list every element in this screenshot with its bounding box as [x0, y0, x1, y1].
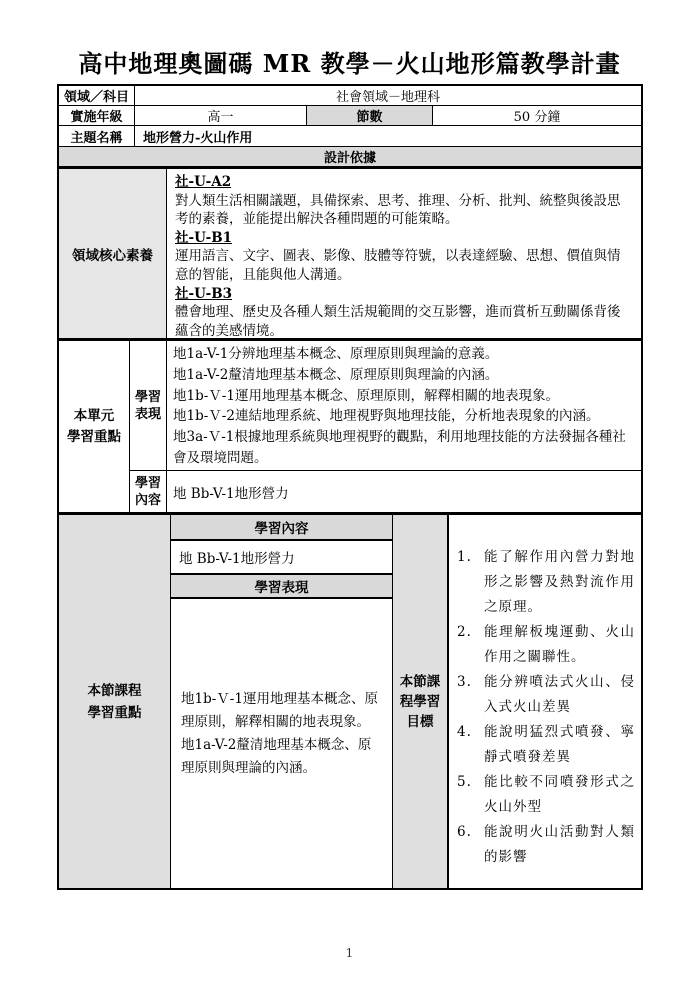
periods-value: 50 分鐘	[433, 106, 641, 125]
unit-focus-label-line2: 學習重點	[67, 427, 121, 448]
unit-performance-label: 學習 表現	[130, 341, 167, 470]
lesson-performance-header: 學習表現	[171, 573, 392, 599]
objective-number: 1.	[457, 545, 484, 620]
lesson-performance-line: 地1a-V-2釐清地理基本概念、原理原則與理論的內涵。	[181, 734, 382, 780]
unit-focus-label: 本單元 學習重點	[59, 341, 130, 512]
row-topic: 主題名稱 地形營力-火山作用	[59, 126, 641, 146]
unit-content-text: 地 Bb-V-1地形營力	[167, 471, 641, 512]
objective-number: 6.	[457, 820, 484, 870]
objective-item: 2. 能理解板塊運動、火山作用之關聯性。	[457, 620, 635, 670]
objective-text: 能說明猛烈式噴發、寧靜式噴發差異	[484, 720, 635, 770]
performance-line: 地1a-V-2釐清地理基本概念、原理原則與理論的內涵。	[173, 365, 635, 386]
unit-content-row: 學習 內容 地 Bb-V-1地形營力	[130, 471, 641, 512]
objective-number: 3.	[457, 670, 484, 720]
lesson-objectives-label-line1: 本節課	[400, 672, 441, 692]
objective-number: 5.	[457, 770, 484, 820]
core-competency-label: 領域核心素養	[59, 169, 167, 338]
row-domain-subject: 領域／科目 社會領域－地理科	[59, 86, 641, 106]
objective-number: 2.	[457, 620, 484, 670]
unit-focus-section: 本單元 學習重點 學習 表現 地1a-V-1分辨地理基本概念、原理原則與理論的意…	[59, 338, 641, 512]
objective-item: 4. 能說明猛烈式噴發、寧靜式噴發差異	[457, 720, 635, 770]
lesson-focus-section: 本節課程 學習重點 學習內容 地 Bb-V-1地形營力 學習表現 地1b-Ｖ-1…	[59, 512, 641, 888]
design-basis-header: 設計依據	[59, 146, 641, 166]
objective-text: 能理解板塊運動、火山作用之關聯性。	[484, 620, 635, 670]
unit-focus-label-line1: 本單元	[74, 406, 115, 427]
topic-label: 主題名稱	[59, 126, 135, 146]
objective-number: 4.	[457, 720, 484, 770]
domain-subject-value: 社會領域－地理科	[135, 86, 641, 105]
performance-line: 地3a-Ｖ-1根據地理系統與地理視野的觀點，利用地理技能的方法發掘各種社會及環境…	[173, 427, 635, 469]
objective-item: 6. 能說明火山活動對人類的影響	[457, 820, 635, 870]
unit-performance-label-line1: 學習	[135, 389, 161, 406]
objective-item: 3. 能分辨噴法式火山、侵入式火山差異	[457, 670, 635, 720]
unit-content-label-line1: 學習	[135, 475, 161, 492]
lesson-content-text: 地 Bb-V-1地形營力	[171, 541, 392, 573]
unit-content-label-line2: 內容	[135, 492, 161, 509]
row-grade-periods: 實施年級 高一 節數 50 分鐘	[59, 106, 641, 126]
core-competency-section: 領域核心素養 社-U-A2 對人類生活相關議題，具備探索、思考、推理、分析、批判…	[59, 166, 641, 338]
objective-item: 5. 能比較不同噴發形式之火山外型	[457, 770, 635, 820]
competency-code: 社-U-B1	[175, 229, 633, 248]
performance-line: 地1a-V-1分辨地理基本概念、原理原則與理論的意義。	[173, 344, 635, 365]
unit-content-label: 學習 內容	[130, 471, 167, 512]
competency-code: 社-U-B3	[175, 285, 633, 304]
lesson-focus-label-line1: 本節課程	[88, 680, 142, 702]
performance-line: 地1b-Ｖ-2連結地理系統、地理視野與地理技能，分析地表現象的內涵。	[173, 406, 635, 427]
lesson-objectives-list: 1. 能了解作用內營力對地形之影響及熱對流作用之原理。 2. 能理解板塊運動、火…	[449, 515, 641, 888]
lesson-content-header: 學習內容	[171, 515, 392, 541]
objective-text: 能說明火山活動對人類的影響	[484, 820, 635, 870]
unit-performance-row: 學習 表現 地1a-V-1分辨地理基本概念、原理原則與理論的意義。 地1a-V-…	[130, 341, 641, 471]
lesson-performance-content: 地1b-Ｖ-1運用地理基本概念、原理原則，解釋相關的地表現象。 地1a-V-2釐…	[171, 599, 392, 888]
competency-text: 體會地理、歷史及各種人類生活規範間的交互影響，進而賞析互動關係背後蘊含的美感情境…	[175, 303, 633, 340]
lesson-objectives-label: 本節課 程學習 目標	[393, 515, 449, 888]
lesson-focus-inner-table: 學習內容 地 Bb-V-1地形營力 學習表現 地1b-Ｖ-1運用地理基本概念、原…	[171, 515, 393, 888]
lesson-focus-label: 本節課程 學習重點	[59, 515, 171, 888]
competency-text: 對人類生活相關議題，具備探索、思考、推理、分析、批判、統整與後設思考的素養，並能…	[175, 192, 633, 229]
topic-value: 地形營力-火山作用	[135, 126, 641, 146]
objective-text: 能比較不同噴發形式之火山外型	[484, 770, 635, 820]
competency-text: 運用語言、文字、圖表、影像、肢體等符號，以表達經驗、思想、價值與情意的智能，且能…	[175, 247, 633, 284]
grade-value: 高一	[135, 106, 307, 125]
periods-label: 節數	[307, 106, 433, 125]
lesson-plan-table: 領域／科目 社會領域－地理科 實施年級 高一 節數 50 分鐘 主題名稱 地形營…	[57, 84, 643, 890]
lesson-performance-line: 地1b-Ｖ-1運用地理基本概念、原理原則，解釋相關的地表現象。	[181, 688, 382, 734]
objective-item: 1. 能了解作用內營力對地形之影響及熱對流作用之原理。	[457, 545, 635, 620]
competency-code: 社-U-A2	[175, 173, 633, 192]
objective-text: 能分辨噴法式火山、侵入式火山差異	[484, 670, 635, 720]
core-competency-content: 社-U-A2 對人類生活相關議題，具備探索、思考、推理、分析、批判、統整與後設思…	[167, 169, 641, 338]
document-title: 高中地理奧圖碼 MR 教學－火山地形篇教學計畫	[0, 0, 699, 79]
lesson-focus-label-line2: 學習重點	[88, 702, 142, 724]
performance-line: 地1b-Ｖ-1運用地理基本概念、原理原則，解釋相關的地表現象。	[173, 386, 635, 407]
lesson-objectives-label-line3: 目標	[407, 712, 434, 732]
objective-text: 能了解作用內營力對地形之影響及熱對流作用之原理。	[484, 545, 635, 620]
unit-performance-content: 地1a-V-1分辨地理基本概念、原理原則與理論的意義。 地1a-V-2釐清地理基…	[167, 341, 641, 470]
lesson-objectives-label-line2: 程學習	[400, 692, 441, 712]
grade-label: 實施年級	[59, 106, 135, 125]
unit-focus-body: 學習 表現 地1a-V-1分辨地理基本概念、原理原則與理論的意義。 地1a-V-…	[130, 341, 641, 512]
page-number: 1	[0, 946, 699, 960]
domain-subject-label: 領域／科目	[59, 86, 135, 105]
unit-performance-label-line2: 表現	[135, 406, 161, 423]
